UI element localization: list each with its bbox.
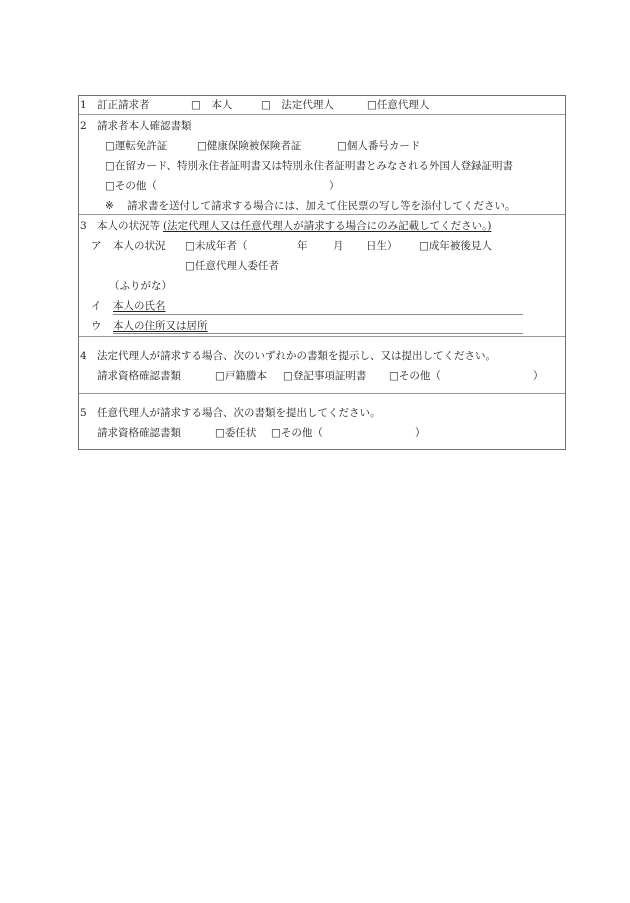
voluntary-agent-instruction: 任意代理人が請求する場合、次の書類を提出してください。 (97, 406, 381, 420)
checkbox-registry-certificate[interactable]: □登記事項証明書 (283, 369, 366, 383)
checkbox-self[interactable]: □ 本人 (191, 98, 232, 112)
birth-year-label: 年 (297, 239, 308, 253)
mail-request-note: 請求書を送付して請求する場合には、加えて住民票の写し等を添付してください。 (127, 199, 516, 213)
other-legal-doc-close-paren: ） (533, 369, 544, 383)
furigana-label: （ふりがな） (109, 279, 172, 293)
principal-address-field[interactable] (113, 333, 523, 334)
other-agent-doc-close-paren: ） (415, 426, 426, 440)
legal-representative-instruction: 法定代理人が請求する場合、次のいずれかの書類を提示し、又は提出してください。 (97, 349, 496, 363)
checkbox-legal-representative[interactable]: □ 法定代理人 (261, 98, 334, 112)
section-number: 3 (80, 219, 87, 233)
section-number: 4 (80, 349, 87, 363)
item-i-marker: イ (91, 299, 102, 313)
checkbox-health-insurance-card[interactable]: □健康保険被保険者証 (197, 139, 301, 153)
checkbox-adult-ward[interactable]: □成年被後見人 (419, 239, 492, 253)
correction-request-form-table: 1 訂正請求者 □ 本人 □ 法定代理人 □任意代理人 2 請求者本人確認書類 … (78, 95, 566, 450)
checkbox-power-of-attorney[interactable]: □委任状 (215, 426, 256, 440)
item-a-marker: ア (91, 239, 102, 253)
principal-address-label: 本人の住所又は居所 (113, 319, 208, 333)
birth-month-label: 月 (333, 239, 344, 253)
section-identity-documents: 2 請求者本人確認書類 □運転免許証 □健康保険被保険者証 □個人番号カード □… (79, 115, 565, 215)
qualification-docs-label: 請求資格確認書類 (97, 426, 181, 440)
section-principal-status: 3 本人の状況等 (法定代理人又は任意代理人が請求する場合にのみ記載してください… (79, 215, 565, 337)
checkbox-my-number-card[interactable]: □個人番号カード (337, 139, 420, 153)
checkbox-other-id[interactable]: □その他（ (105, 179, 157, 193)
checkbox-minor[interactable]: □未成年者（ (185, 239, 247, 253)
checkbox-other-legal-doc[interactable]: □その他（ (389, 369, 441, 383)
checkbox-other-agent-doc[interactable]: □その他（ (271, 426, 323, 440)
checkbox-family-register[interactable]: □戸籍謄本 (215, 369, 267, 383)
section-number: 2 (80, 119, 87, 133)
section-voluntary-agent-docs: 5 任意代理人が請求する場合、次の書類を提出してください。 請求資格確認書類 □… (79, 394, 565, 449)
section-number: 5 (80, 406, 87, 420)
item-u-marker: ウ (91, 319, 102, 333)
checkbox-drivers-license[interactable]: □運転免許証 (105, 139, 167, 153)
principal-name-field[interactable] (113, 314, 523, 315)
other-id-close-paren: ） (329, 179, 340, 193)
identity-documents-label: 請求者本人確認書類 (97, 119, 192, 133)
section-requester: 1 訂正請求者 □ 本人 □ 法定代理人 □任意代理人 (79, 96, 565, 115)
principal-status-note: (法定代理人又は任意代理人が請求する場合にのみ記載してください。) (163, 219, 491, 233)
note-mark: ※ (105, 199, 114, 213)
principal-status-field-label: 本人の状況 (113, 239, 166, 253)
checkbox-residence-card[interactable]: □在留カード、特別永住者証明書又は特別永住者証明書とみなされる外国人登録証明書 (105, 159, 513, 173)
section-number: 1 (80, 98, 87, 112)
section-legal-representative-docs: 4 法定代理人が請求する場合、次のいずれかの書類を提示し、又は提出してください。… (79, 337, 565, 394)
checkbox-voluntary-agent[interactable]: □任意代理人 (367, 98, 429, 112)
principal-name-label: 本人の氏名 (113, 299, 166, 313)
requester-label: 訂正請求者 (97, 98, 150, 112)
checkbox-delegator[interactable]: □任意代理人委任者 (185, 259, 279, 273)
birth-day-label: 日生） (366, 239, 398, 253)
principal-status-label: 本人の状況等 (97, 219, 160, 233)
qualification-docs-label: 請求資格確認書類 (97, 369, 181, 383)
